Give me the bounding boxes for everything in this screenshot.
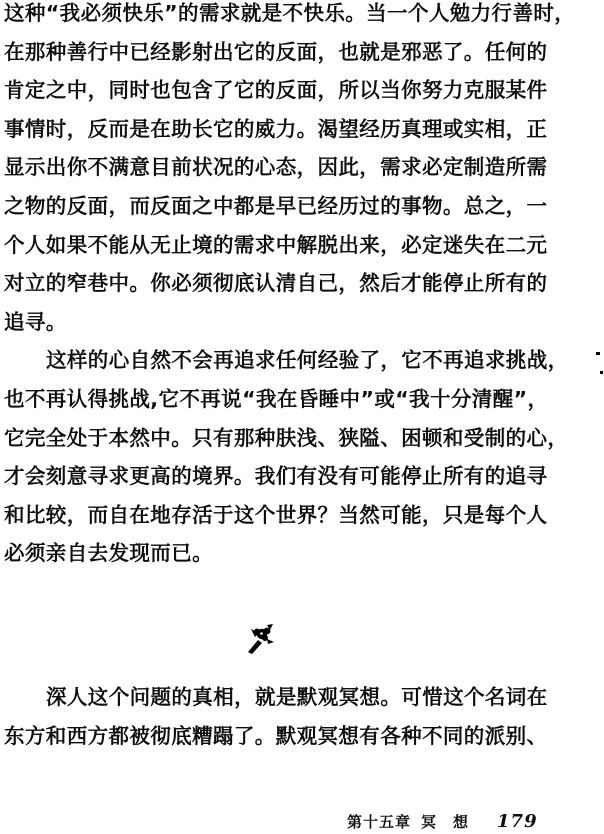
body-text-line: 追寻。 (4, 303, 560, 342)
footer-chapter-title: 冥 想 (421, 811, 469, 832)
footer-chapter-label: 第十五章 (347, 811, 411, 832)
body-text-line: 这种“我必须快乐”的需求就是不快乐。当一个人勉力行善时， (4, 0, 560, 33)
main-text-block: 这种“我必须快乐”的需求就是不快乐。当一个人勉力行善时， 在那种善行中已经影射出… (4, 0, 560, 573)
body-text-line: 显示出你不满意目前状况的心态，因此，需求必定制造所需 (4, 148, 560, 187)
body-text-line: 和比较，而自在地存活于这个世界？当然可能，只是每个人 (4, 496, 560, 535)
body-text-line: 也不再认得挑战,它不再说“我在昏睡中”或“我十分清醒”， (4, 380, 560, 419)
scan-speck (600, 371, 603, 374)
book-page: 这种“我必须快乐”的需求就是不快乐。当一个人勉力行善时， 在那种善行中已经影射出… (0, 0, 604, 834)
body-text-line: 个人如果不能从无止境的需求中解脱出来，必定迷失在二元 (4, 226, 560, 265)
footer-page-number: 179 (497, 811, 538, 832)
floral-ornament-icon (246, 624, 274, 654)
body-text-line: 才会刻意寻求更高的境界。我们有没有可能停止所有的追寻 (4, 457, 560, 496)
body-text-line: 肯定之中，同时也包含了它的反面，所以当你努力克服某件 (4, 71, 560, 110)
body-text-line-paragraph-start: 这样的心自然不会再追求任何经验了，它不再追求挑战， (4, 341, 560, 380)
body-text-line: 在那种善行中已经影射出它的反面，也就是邪恶了。任何的 (4, 33, 560, 72)
body-text-line: 东方和西方都被彻底糟蹋了。默观冥想有各种不同的派别、 (4, 717, 560, 756)
page-footer: 第十五章 冥 想 179 (347, 811, 538, 832)
body-text-line-paragraph-start: 深人这个问题的真相，就是默观冥想。可惜这个名词在 (4, 678, 560, 717)
body-text-line: 它完全处于本然中。只有那种肤浅、狭隘、困顿和受制的心， (4, 419, 560, 458)
bottom-text-block: 深人这个问题的真相，就是默观冥想。可惜这个名词在 东方和西方都被彻底糟蹋了。默观… (4, 678, 560, 755)
body-text-line: 对立的窄巷中。你必须彻底认清自己，然后才能停止所有的 (4, 264, 560, 303)
body-text-line: 必须亲自去发现而已。 (4, 534, 560, 573)
scan-speck (596, 352, 600, 355)
body-text-line: 事情时，反而是在助长它的威力。渴望经历真理或实相，正 (4, 110, 560, 149)
body-text-line: 之物的反面，而反面之中都是早已经历过的事物。总之，一 (4, 187, 560, 226)
